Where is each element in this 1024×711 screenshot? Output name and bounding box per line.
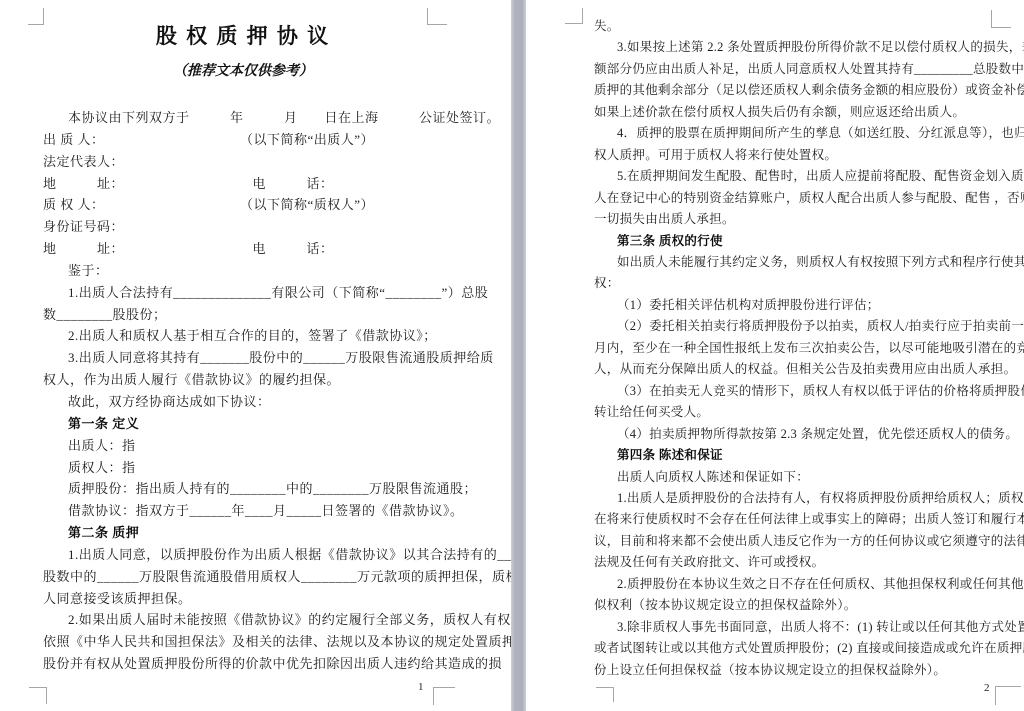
text-line: 2.出质人和质权人基于相互合作的目的，签署了《借款协议》； [43, 325, 507, 347]
text-line: 依照《中华人民共和国担保法》及相关的法律、法规以及本协议的规定处置质押 [43, 631, 507, 653]
text-line: 第三条 质权的行使 [594, 231, 1020, 252]
page-number: 1 [418, 681, 424, 693]
text-line: 出质人向质权人陈述和保证如下： [594, 467, 1020, 488]
text-line: 股份并有权从处置质押股份所得的价款中优先扣除因出质人违约给其造成的损 [43, 653, 507, 675]
text-line: 第一条 定义 [43, 413, 507, 435]
text-line: 权人质押。可用于质权人将来行使处置权。 [594, 145, 1020, 166]
text-line: 法规及任何有关政府批文、许可或授权。 [594, 552, 1020, 573]
text-line: 权人，作为出质人履行《借款协议》的履约担保。 [43, 369, 507, 391]
text-line: 份上设立任何担保权益（按本协议规定设立的担保权益除外）。 [594, 660, 1020, 681]
crop-mark-bottom-left-icon [596, 687, 614, 702]
text-line: 身份证号码： [43, 216, 507, 238]
text-line: 质 权 人： （以下简称“质权人”） [43, 194, 507, 216]
text-line: 3.出质人同意将其持有_______股份中的______万股限售流通股质押给质 [43, 347, 507, 369]
document-title: 股 权 质 押 协 议 [43, 20, 443, 50]
text-line: （3）在拍卖无人竞买的情形下，质权人有权以低于评估的价格将质押股份 [594, 381, 1020, 402]
text-line: 如果上述价款在偿付质权人损失后仍有余额，则应返还给出质人。 [594, 102, 1020, 123]
text-line: 在将来行使质权时不会存在任何法律上或事实上的障碍；出质人签订和履行本协 [594, 509, 1020, 530]
text-line: 质押的其他剩余部分（足以偿还质权人剩余债务金额的相应股份）或资金补偿； [594, 80, 1020, 101]
page-1: 股 权 质 押 协 议 （推荐文本仅供参考） 本协议由下列双方于 年 月 日在上… [0, 0, 511, 711]
text-line: 地 址： 电 话： [43, 238, 507, 260]
text-line: （1）委托相关评估机构对质押股份进行评估； [594, 295, 1020, 316]
text-line: 质押股份：指出质人持有的________中的________万股限售流通股； [43, 478, 507, 500]
text-line: 3.如果按上述第 2.2 条处置质押股份所得价款不足以偿付质权人的损失，差 [594, 37, 1020, 58]
text-line: 失。 [594, 16, 1020, 37]
crop-mark-bottom-left-icon [29, 687, 47, 704]
text-line: 似权利（按本协议规定设立的担保权益除外）。 [594, 595, 1020, 616]
crop-mark-bottom-right-icon [433, 687, 455, 705]
text-line: 本协议由下列双方于 年 月 日在上海 公证处签订。 [43, 107, 507, 129]
document-view: 股 权 质 押 协 议 （推荐文本仅供参考） 本协议由下列双方于 年 月 日在上… [0, 0, 1024, 711]
text-line: 质权人：指 [43, 457, 507, 479]
text-line: 1.出质人同意，以质押股份作为出质人根据《借款协议》以其合法持有的__总 [43, 544, 507, 566]
text-line: 2.质押股份在本协议生效之日不存在任何质权、其他担保权利或任何其他类 [594, 574, 1020, 595]
text-line: （2）委托相关拍卖行将质押股份予以拍卖，质权人/拍卖行应于拍卖前一个 [594, 316, 1020, 337]
text-line: 2.如果出质人届时未能按照《借款协议》的约定履行全部义务，质权人有权 [43, 609, 507, 631]
text-line: 权： [594, 273, 1020, 294]
text-line: 一切损失由出质人承担。 [594, 209, 1020, 230]
text-line: 额部分仍应由出质人补足，出质人同意质权人处置其持有_________总股数中未 [594, 59, 1020, 80]
text-line: 人同意接受该质押担保。 [43, 588, 507, 610]
text-line: 法定代表人： [43, 151, 507, 173]
page-1-body: 本协议由下列双方于 年 月 日在上海 公证处签订。出 质 人： （以下简称“出质… [43, 107, 507, 675]
text-line: 地 址： 电 话： [43, 173, 507, 195]
text-line: 转让给任何买受人。 [594, 402, 1020, 423]
text-line: 5.在质押期间发生配股、配售时，出质人应提前将配股、配售资金划入质权 [594, 166, 1020, 187]
text-line: 股数中的______万股限售流通股借用质权人________万元款项的质押担保，… [43, 566, 507, 588]
text-line: 4．质押的股票在质押期间所产生的孳息（如送红股、分红派息等），也归质 [594, 123, 1020, 144]
text-line: 或者试图转让或以其他方式处置质押股份；(2) 直接或间接造成或允许在质押股 [594, 638, 1020, 659]
text-line: 第四条 陈述和保证 [594, 445, 1020, 466]
text-line: 议，目前和将来都不会使出质人违反它作为一方的任何协议或它须遵守的法律、 [594, 531, 1020, 552]
text-line: （4）拍卖质押物所得款按第 2.3 条规定处置，优先偿还质权人的债务。 [594, 424, 1020, 445]
text-line: 出 质 人： （以下简称“出质人”） [43, 129, 507, 151]
page-2: 失。3.如果按上述第 2.2 条处置质押股份所得价款不足以偿付质权人的损失，差额… [526, 0, 1024, 711]
text-line: 3.除非质权人事先书面同意，出质人将不：(1) 转让或以任何其他方式处置 [594, 617, 1020, 638]
document-subtitle: （推荐文本仅供参考） [43, 60, 443, 80]
text-line: 借款协议：指双方于______年____月_____日签署的《借款协议》。 [43, 500, 507, 522]
text-line: 人，从而充分保障出质人的权益。但相关公告及拍卖费用应由出质人承担。 [594, 359, 1020, 380]
crop-mark-top-left-icon [28, 8, 44, 25]
page-number: 2 [984, 682, 990, 694]
text-line: 出质人：指 [43, 435, 507, 457]
text-line: 数________股股份； [43, 304, 507, 326]
text-line: 人在登记中心的特别资金结算账户，质权人配合出质人参与配股、配售 ，否则 [594, 188, 1020, 209]
text-line: 1.出质人是质押股份的合法持有人，有权将质押股份质押给质权人；质权人 [594, 488, 1020, 509]
crop-mark-bottom-right-icon [995, 686, 1021, 705]
text-line: 如出质人未能履行其约定义务，则质权人有权按照下列方式和程序行使其质 [594, 252, 1020, 273]
page-2-body: 失。3.如果按上述第 2.2 条处置质押股份所得价款不足以偿付质权人的损失，差额… [594, 16, 1020, 681]
page-gap-divider [511, 0, 526, 711]
crop-mark-top-left-icon [565, 8, 583, 24]
text-line: 鉴于： [43, 260, 507, 282]
text-line: 第二条 质押 [43, 522, 507, 544]
text-line: 1.出质人合法持有______________有限公司（下简称“________… [43, 282, 507, 304]
text-line: 故此，双方经协商达成如下协议： [43, 391, 507, 413]
text-line: 月内，至少在一种全国性报纸上发布三次拍卖公告，以尽可能地吸引潜在的竞买 [594, 338, 1020, 359]
